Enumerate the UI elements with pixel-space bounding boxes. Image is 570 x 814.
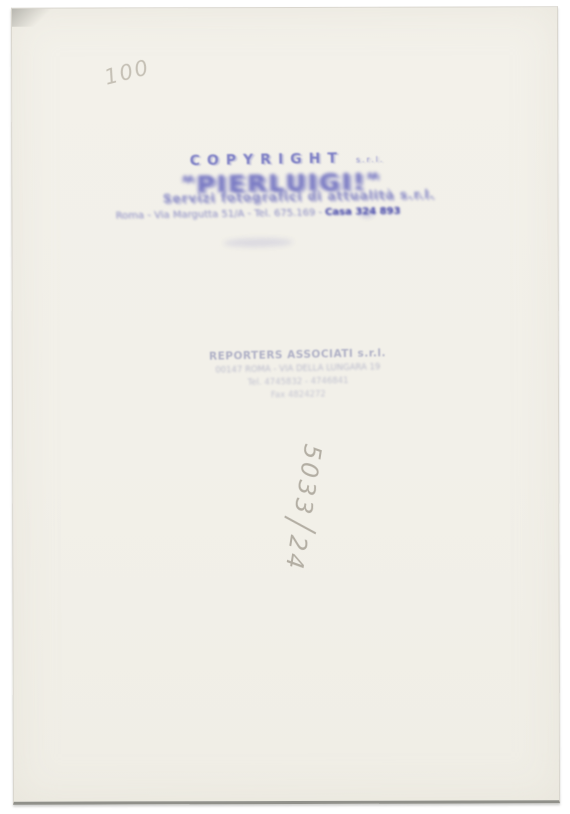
agency-stamp-name: REPORTERS ASSOCIATI s.r.l. [197, 347, 397, 363]
pencil-number-top: 100 [102, 55, 153, 90]
scanned-photo-back: { "scene": { "background_color": "#fffff… [0, 0, 570, 814]
copyright-stamp-address: Roma - Via Margutta 51/A - Tel. 675.169 … [115, 207, 322, 221]
agency-stamp-fax: Fax 4824272 [198, 388, 398, 402]
agency-stamp-phone: Tel. 4745832 - 4746841 [198, 375, 398, 389]
pencil-archive-numerator: 5033 [288, 442, 327, 519]
photo-paper-verso: 100 COPYRIGHT s.r.l. "PIERLUIGI!" Serviz… [11, 6, 560, 804]
pencil-archive-denominator: 24 [280, 533, 313, 573]
copyright-stamp-title-text: COPYRIGHT [189, 151, 344, 170]
copyright-stamp: COPYRIGHT s.r.l. "PIERLUIGI!" Servizi fo… [107, 150, 408, 222]
pencil-archive-slash: / [274, 515, 327, 536]
copyright-stamp-title: COPYRIGHT s.r.l. [167, 150, 407, 170]
agency-stamp: REPORTERS ASSOCIATI s.r.l. 00147 ROMA - … [197, 347, 398, 402]
agency-stamp-address: 00147 ROMA - VIA DELLA LUNGARA 19 [198, 362, 398, 376]
pencil-archive-number: 5033 / 24 [234, 434, 373, 581]
copyright-stamp-title-suffix: s.r.l. [356, 155, 385, 164]
copyright-stamp-subtitle: Servizi fotografici di attualità s.r.l. [163, 188, 408, 206]
ink-smudge [223, 237, 293, 247]
paper-corner-shadow [12, 9, 52, 27]
